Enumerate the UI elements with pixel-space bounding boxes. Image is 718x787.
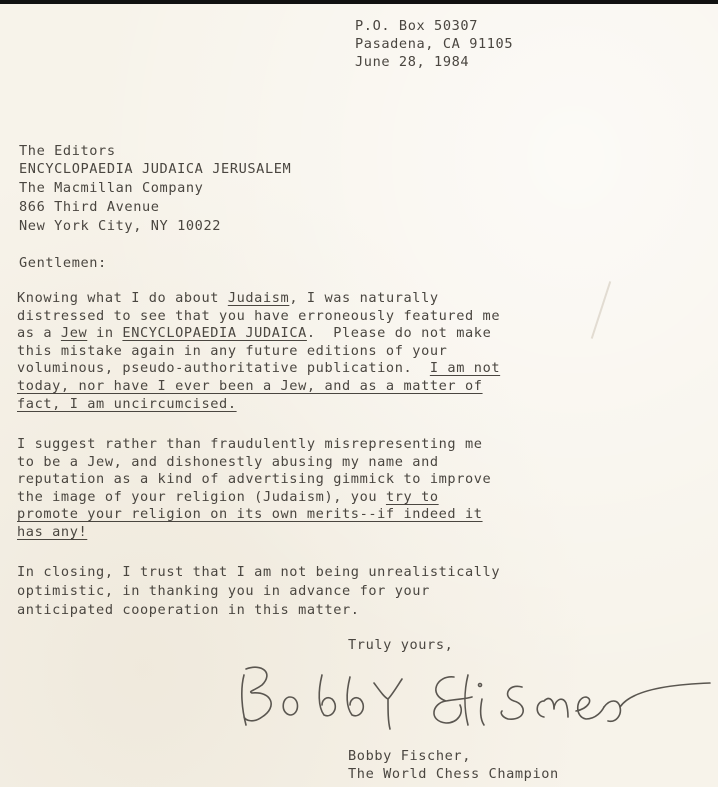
letter-line: the image of your religion (Judaism), yo…	[17, 489, 439, 505]
text-run: the image of your religion (Judaism), yo…	[17, 489, 386, 505]
signer-name: Bobby Fischer,	[348, 748, 471, 764]
text-run: In closing, I trust that I am not being …	[17, 564, 500, 580]
return-address-line: P.O. Box 50307	[355, 18, 478, 34]
underlined-text: has any!	[17, 524, 87, 540]
text-run: this mistake again in any future edition…	[17, 343, 447, 359]
letter-line: In closing, I trust that I am not being …	[17, 564, 500, 580]
letter-line: this mistake again in any future edition…	[17, 343, 447, 359]
letter-line: reputation as a kind of advertising gimm…	[17, 471, 491, 487]
letter-date: June 28, 1984	[355, 54, 469, 70]
text-run: I suggest rather than fraudulently misre…	[17, 436, 483, 452]
letter-line: fact, I am uncircumcised.	[17, 396, 237, 412]
underlined-text: Judaism	[228, 290, 290, 306]
underlined-text: today, nor have I ever been a Jew, and a…	[17, 378, 483, 394]
underlined-text: I am not	[430, 360, 500, 376]
recipient-line: The Editors	[19, 143, 116, 159]
letter-line: as a Jew in ENCYCLOPAEDIA JUDAICA. Pleas…	[17, 325, 491, 341]
letter-line: today, nor have I ever been a Jew, and a…	[17, 378, 483, 394]
letter-line: has any!	[17, 524, 87, 540]
return-address-line: Pasadena, CA 91105	[355, 36, 513, 52]
underlined-text: ENCYCLOPAEDIA JUDAICA	[122, 325, 306, 341]
recipient-line: 866 Third Avenue	[19, 199, 160, 215]
text-run: in	[87, 325, 122, 341]
recipient-line: New York City, NY 10022	[19, 218, 221, 234]
underlined-text: fact, I am uncircumcised.	[17, 396, 237, 412]
text-run: anticipated cooperation in this matter.	[17, 602, 360, 618]
signer-title: The World Chess Champion	[348, 766, 559, 782]
top-edge	[0, 0, 718, 4]
letter-line: distressed to see that you have erroneou…	[17, 308, 500, 324]
text-run: optimistic, in thanking you in advance f…	[17, 583, 430, 599]
letter-line: promote your religion on its own merits-…	[17, 506, 483, 522]
text-run: reputation as a kind of advertising gimm…	[17, 471, 491, 487]
underlined-text: try to	[386, 489, 439, 505]
text-run: . Please do not make	[307, 325, 491, 341]
underlined-text: Jew	[61, 325, 87, 341]
text-run: distressed to see that you have erroneou…	[17, 308, 500, 324]
closing: Truly yours,	[348, 637, 453, 653]
recipient-line: The Macmillan Company	[19, 180, 203, 196]
text-run: , I was naturally	[289, 290, 438, 306]
paper-fold	[591, 281, 611, 339]
salutation: Gentlemen:	[19, 255, 107, 271]
recipient-line: ENCYCLOPAEDIA JUDAICA JERUSALEM	[19, 161, 291, 177]
letter-line: optimistic, in thanking you in advance f…	[17, 583, 430, 599]
letter-line: anticipated cooperation in this matter.	[17, 602, 360, 618]
letter-line: I suggest rather than fraudulently misre…	[17, 436, 483, 452]
handwritten-signature	[232, 655, 718, 735]
letter-line: voluminous, pseudo-authoritative publica…	[17, 360, 500, 376]
text-run: as a	[17, 325, 61, 341]
text-run: to be a Jew, and dishonestly abusing my …	[17, 454, 439, 470]
letter-line: Knowing what I do about Judaism, I was n…	[17, 290, 439, 306]
letter-line: to be a Jew, and dishonestly abusing my …	[17, 454, 439, 470]
underlined-text: promote your religion on its own merits-…	[17, 506, 483, 522]
text-run: voluminous, pseudo-authoritative publica…	[17, 360, 430, 376]
text-run: Knowing what I do about	[17, 290, 228, 306]
